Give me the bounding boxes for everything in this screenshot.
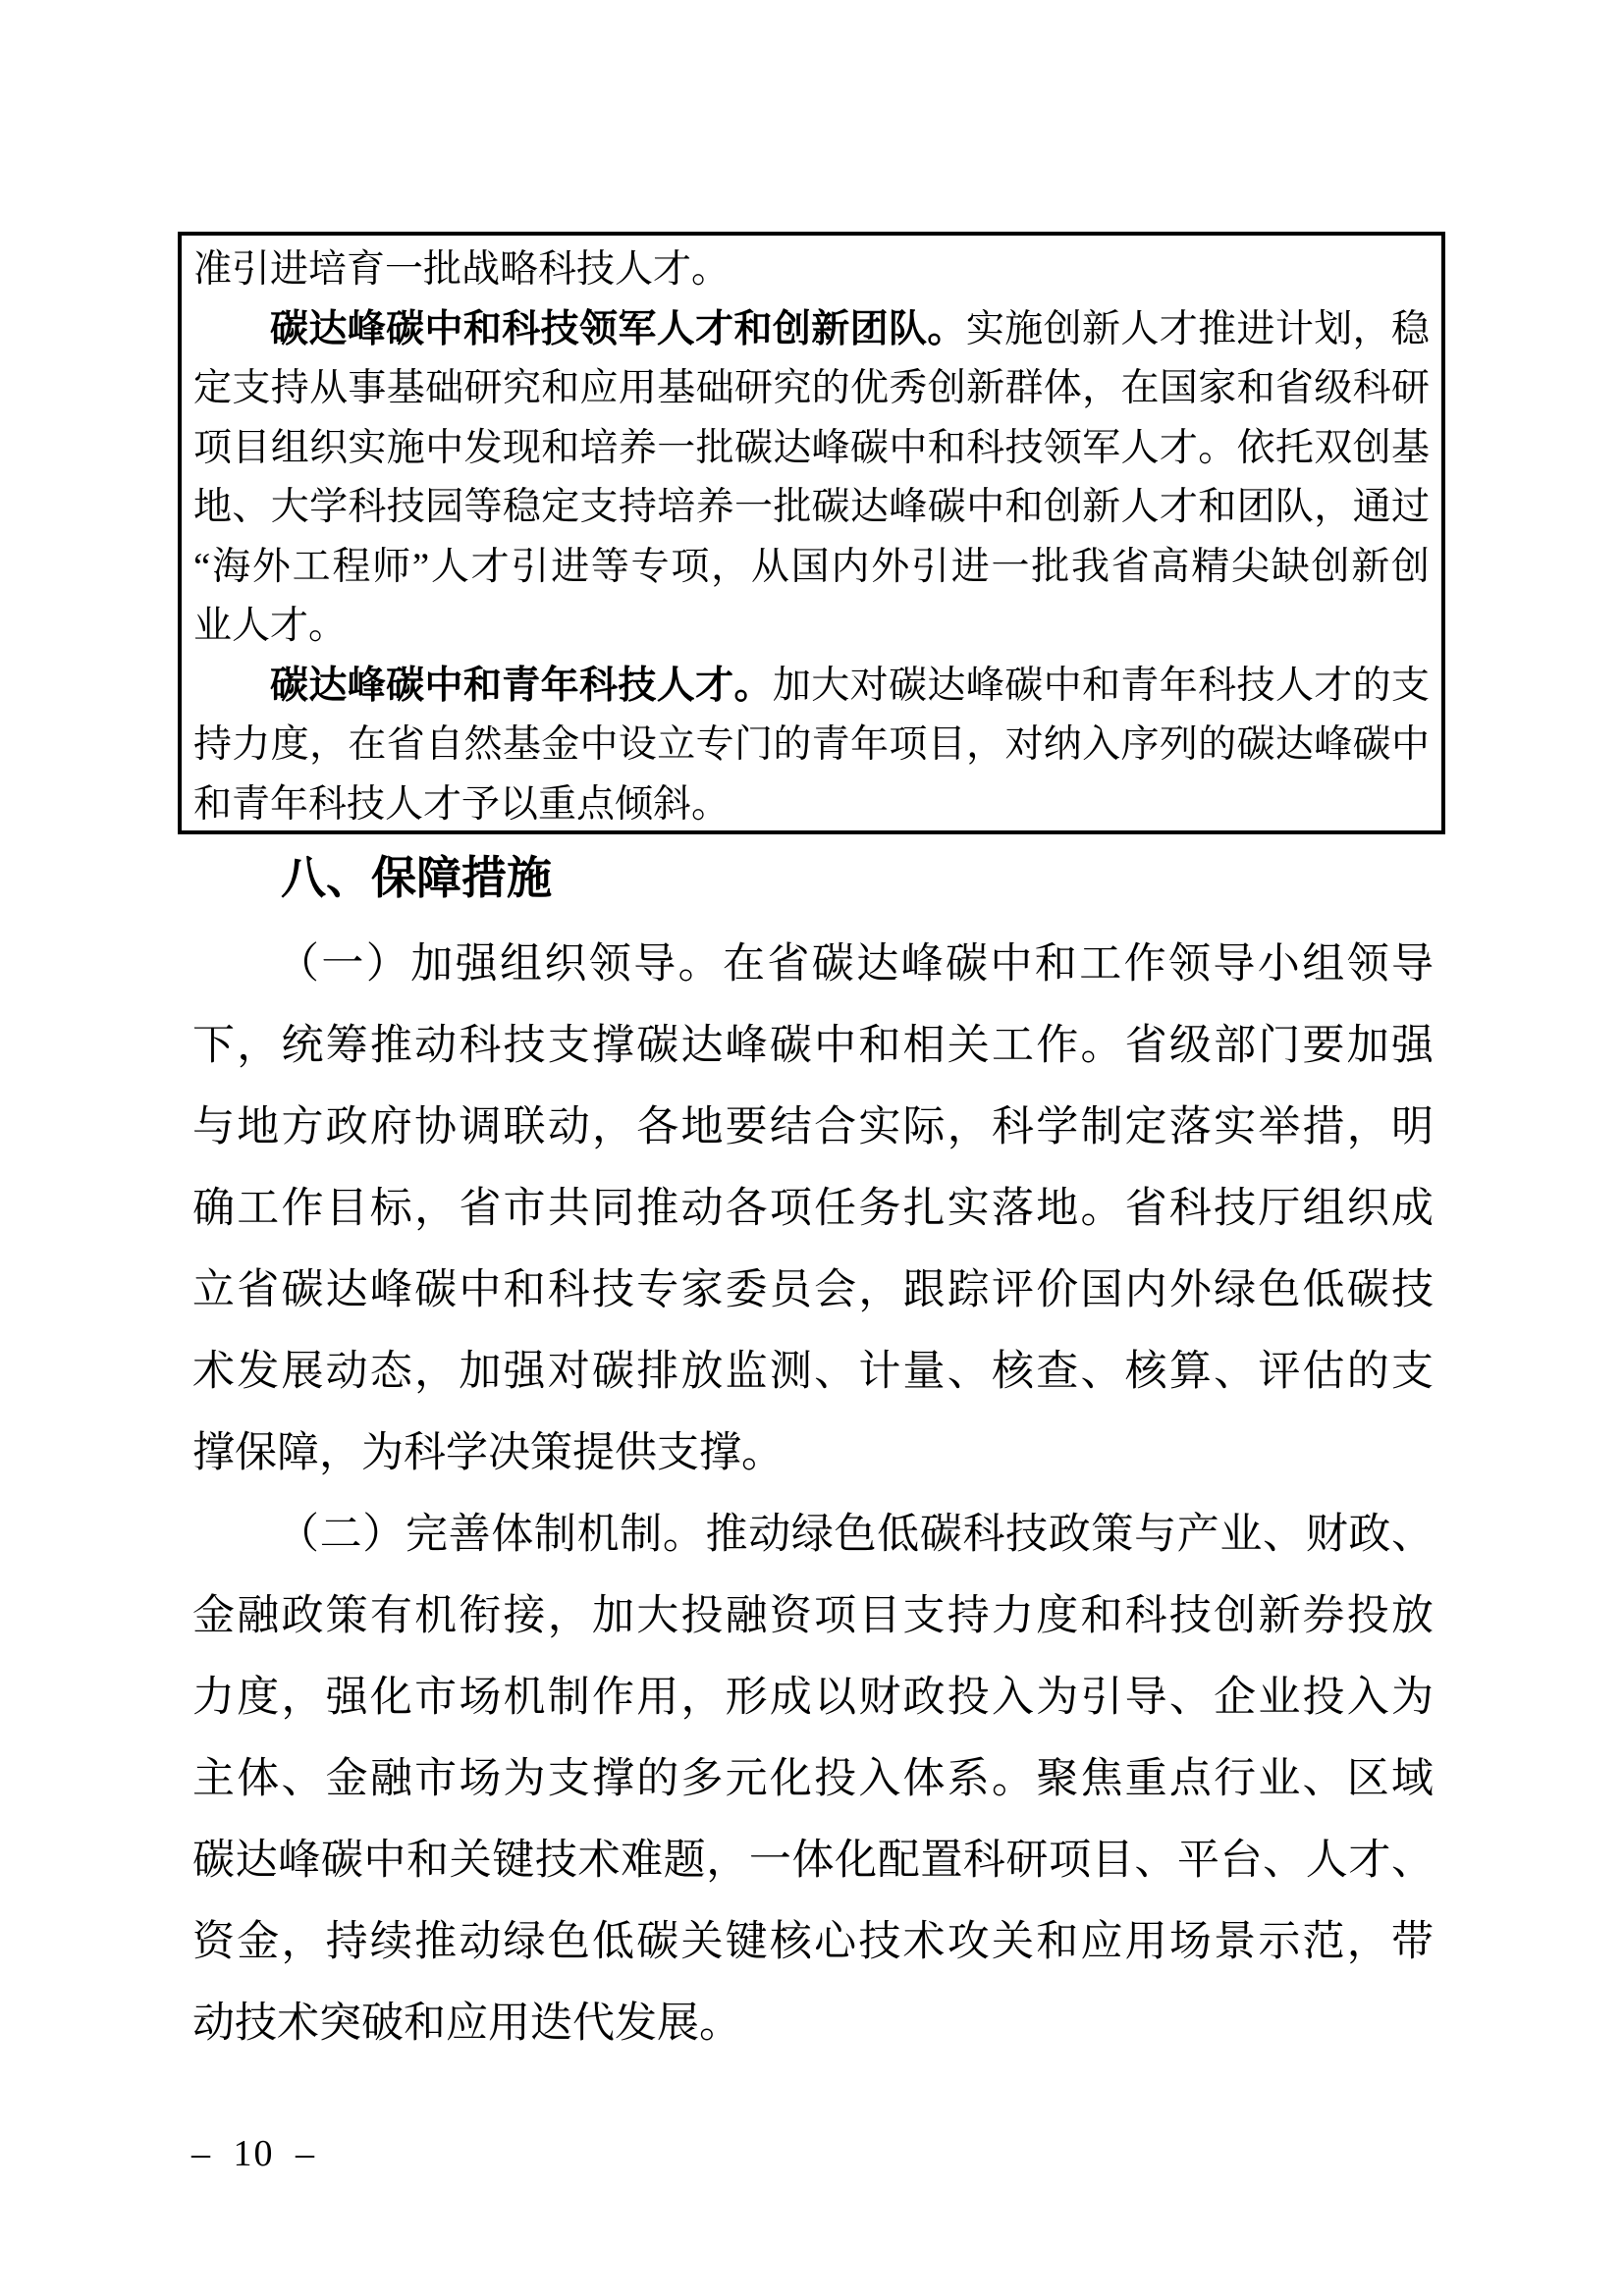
text-run: 推动绿色低碳科技政策与产业、财政、	[706, 1512, 1434, 1558]
text-run: 术发展动态，加强对碳排放监测、计量、核查、核算、评估的支	[192, 1349, 1434, 1395]
text-run: 碳达峰碳中和关键技术难题，一体化配置科研项目、平台、人才、	[192, 1838, 1434, 1884]
page-number: – 10 –	[191, 2132, 316, 2175]
text-run: 与地方政府协调联动，各地要结合实际，科学制定落实举措，明	[192, 1104, 1434, 1150]
body-line: 术发展动态，加强对碳排放监测、计量、核查、核算、评估的支	[192, 1331, 1434, 1413]
boxed-line: 持力度，在省自然基金中设立专门的青年项目，对纳入序列的碳达峰碳中	[193, 716, 1430, 775]
body-line: 撑保障，为科学决策提供支撑。	[192, 1413, 1434, 1494]
text-run: 在省碳达峰碳中和工作领导小组领导	[723, 941, 1434, 988]
text-run: 金融政策有机衔接，加大投融资项目支持力度和科技创新券投放	[192, 1593, 1434, 1639]
section-heading: 八、保障措施	[192, 850, 1434, 905]
boxed-line: 碳达峰碳中和科技领军人才和创新团队。实施创新人才推进计划，稳	[193, 300, 1430, 360]
paragraph-lead: （二）完善体制机制。	[277, 1512, 706, 1558]
paragraph-lead: （一）加强组织领导。	[277, 941, 723, 988]
boxed-line: 准引进培育一批战略科技人才。	[193, 240, 1430, 300]
text-run: 确工作目标，省市共同推动各项任务扎实落地。省科技厅组织成	[192, 1186, 1434, 1232]
body-line: 资金，持续推动绿色低碳关键核心技术攻关和应用场景示范，带	[192, 1901, 1434, 1983]
body-line: 立省碳达峰碳中和科技专家委员会，跟踪评价国内外绿色低碳技	[192, 1250, 1434, 1331]
text-run: 实施创新人才推进计划，稳	[966, 308, 1430, 350]
body-line: （二）完善体制机制。推动绿色低碳科技政策与产业、财政、	[192, 1494, 1434, 1575]
text-run: 地、大学科技园等稳定支持培养一批碳达峰碳中和创新人才和团队，通过	[193, 486, 1430, 528]
bold-lead-run: 碳达峰碳中和科技领军人才和创新团队。	[270, 308, 966, 350]
boxed-line: 地、大学科技园等稳定支持培养一批碳达峰碳中和创新人才和团队，通过	[193, 478, 1430, 538]
text-run: 动技术突破和应用迭代发展。	[192, 2001, 741, 2047]
body-line: 确工作目标，省市共同推动各项任务扎实落地。省科技厅组织成	[192, 1168, 1434, 1250]
body-line: 主体、金融市场为支撑的多元化投入体系。聚焦重点行业、区域	[192, 1738, 1434, 1820]
boxed-line: 碳达峰碳中和青年科技人才。加大对碳达峰碳中和青年科技人才的支	[193, 657, 1430, 717]
body-line: 下，统筹推动科技支撑碳达峰碳中和相关工作。省级部门要加强	[192, 1005, 1434, 1087]
boxed-line: 业人才。	[193, 597, 1430, 657]
boxed-line: “海外工程师”人才引进等专项，从国内外引进一批我省高精尖缺创新创	[193, 538, 1430, 598]
text-run: 资金，持续推动绿色低碳关键核心技术攻关和应用场景示范，带	[192, 1919, 1434, 1965]
text-run: 业人才。	[193, 605, 347, 647]
body-text: （一）加强组织领导。在省碳达峰碳中和工作领导小组领导 下，统筹推动科技支撑碳达峰…	[192, 924, 1434, 2064]
text-run: 下，统筹推动科技支撑碳达峰碳中和相关工作。省级部门要加强	[192, 1023, 1434, 1069]
text-run: 持力度，在省自然基金中设立专门的青年项目，对纳入序列的碳达峰碳中	[193, 723, 1430, 766]
boxed-text-block: 准引进培育一批战略科技人才。 碳达峰碳中和科技领军人才和创新团队。实施创新人才推…	[178, 232, 1445, 834]
boxed-line: 和青年科技人才予以重点倾斜。	[193, 775, 1430, 835]
body-line: 力度，强化市场机制作用，形成以财政投入为引导、企业投入为	[192, 1657, 1434, 1738]
text-run: 项目组织实施中发现和培养一批碳达峰碳中和科技领军人才。依托双创基	[193, 427, 1430, 469]
bold-lead-run: 碳达峰碳中和青年科技人才。	[270, 665, 773, 707]
text-run: 撑保障，为科学决策提供支撑。	[192, 1430, 784, 1476]
text-run: 准引进培育一批战略科技人才。	[193, 248, 730, 291]
text-run: 主体、金融市场为支撑的多元化投入体系。聚焦重点行业、区域	[192, 1756, 1434, 1802]
boxed-line: 项目组织实施中发现和培养一批碳达峰碳中和科技领军人才。依托双创基	[193, 419, 1430, 479]
body-line: 与地方政府协调联动，各地要结合实际，科学制定落实举措，明	[192, 1087, 1434, 1168]
text-run: “海外工程师”人才引进等专项，从国内外引进一批我省高精尖缺创新创	[193, 546, 1430, 588]
boxed-line: 定支持从事基础研究和应用基础研究的优秀创新群体，在国家和省级科研	[193, 359, 1430, 419]
body-line: （一）加强组织领导。在省碳达峰碳中和工作领导小组领导	[192, 924, 1434, 1005]
document-page: 准引进培育一批战略科技人才。 碳达峰碳中和科技领军人才和创新团队。实施创新人才推…	[0, 0, 1624, 2296]
body-line: 碳达峰碳中和关键技术难题，一体化配置科研项目、平台、人才、	[192, 1820, 1434, 1901]
body-line: 动技术突破和应用迭代发展。	[192, 1983, 1434, 2064]
text-run: 定支持从事基础研究和应用基础研究的优秀创新群体，在国家和省级科研	[193, 367, 1430, 409]
text-run: 力度，强化市场机制作用，形成以财政投入为引导、企业投入为	[192, 1675, 1434, 1721]
text-run: 和青年科技人才予以重点倾斜。	[193, 783, 730, 826]
text-run: 加大对碳达峰碳中和青年科技人才的支	[773, 665, 1430, 707]
body-line: 金融政策有机衔接，加大投融资项目支持力度和科技创新券投放	[192, 1575, 1434, 1657]
text-run: 立省碳达峰碳中和科技专家委员会，跟踪评价国内外绿色低碳技	[192, 1267, 1434, 1313]
